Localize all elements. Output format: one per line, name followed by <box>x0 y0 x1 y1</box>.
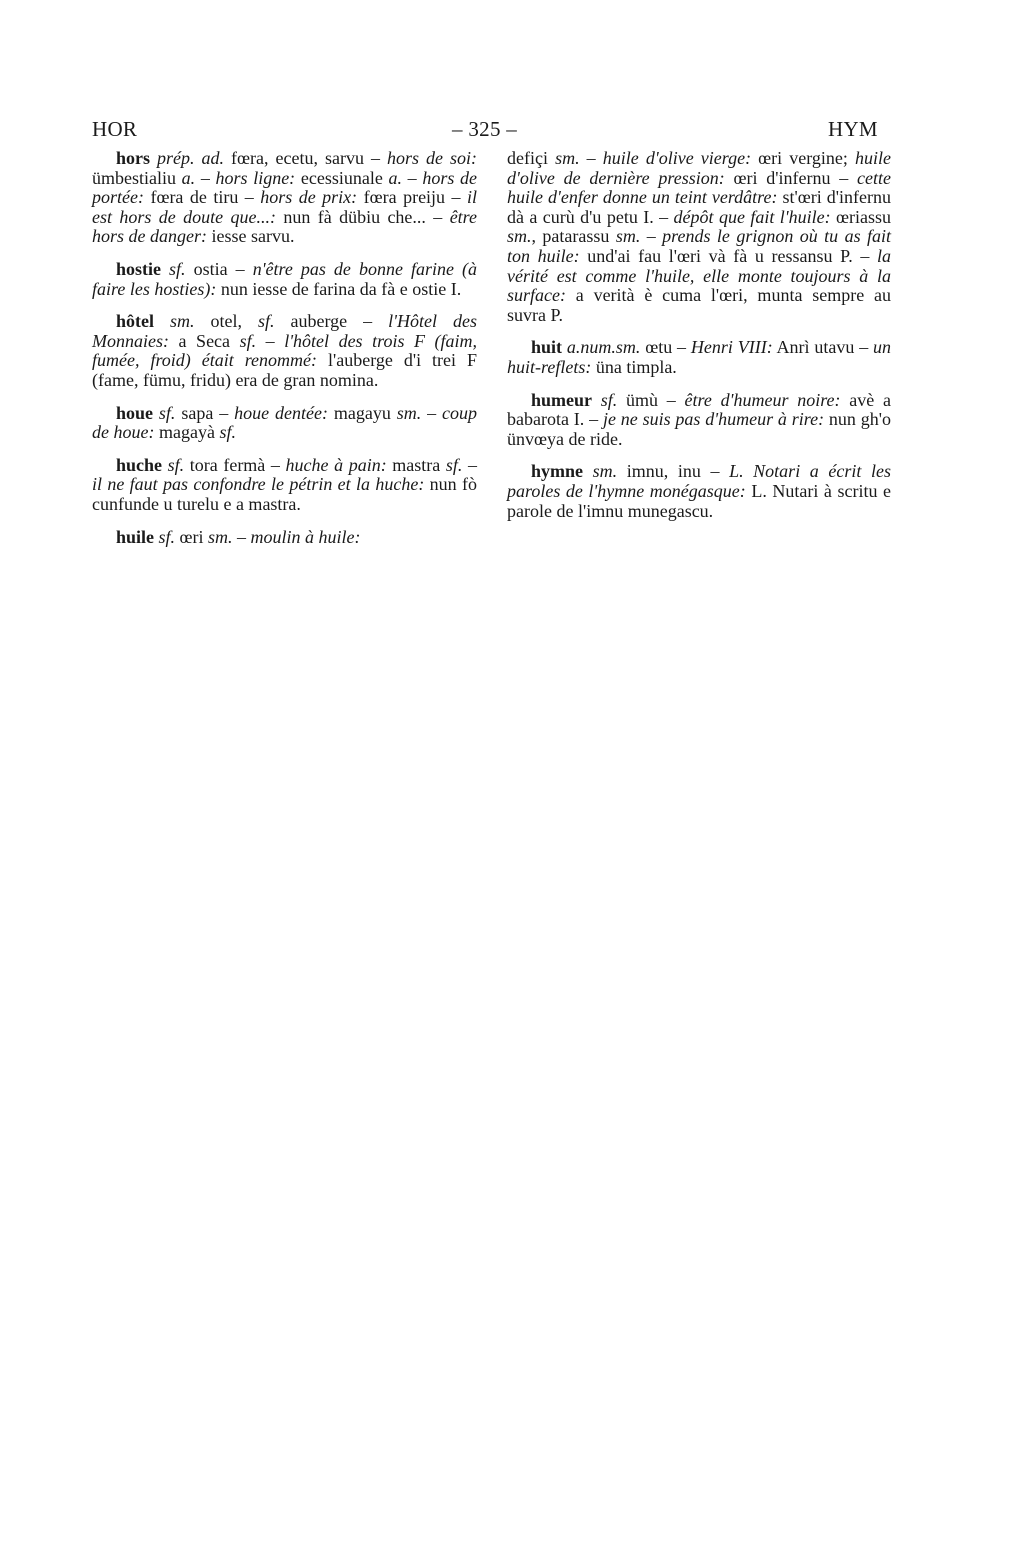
italic-segment: huile d'olive vierge: <box>603 148 751 168</box>
italic-segment: sm. <box>170 311 195 331</box>
italic-segment: sm. <box>397 403 422 423</box>
italic-segment: sm. <box>616 226 641 246</box>
text-segment: imnu, inu – <box>617 461 729 481</box>
text-segment: – <box>256 331 284 351</box>
text-segment: auberge – <box>275 311 389 331</box>
headword: humeur <box>531 390 592 410</box>
dictionary-entry: humeur sf. ümù – être d'humeur noire: av… <box>507 391 891 450</box>
headword: houe <box>116 403 153 423</box>
dictionary-entry: huile sf. œri sm. – moulin à huile: <box>92 528 477 548</box>
dictionary-entry: hymne sm. imnu, inu – L. Notari a écrit … <box>507 462 891 521</box>
text-segment: œtu – <box>640 337 691 357</box>
page-number: – 325 – <box>452 117 517 142</box>
italic-segment: sf. <box>159 403 176 423</box>
italic-segment: huche à pain: <box>286 455 387 475</box>
text-segment: œri d'infernu – <box>725 168 857 188</box>
italic-segment: être d'humeur noire: <box>685 390 841 410</box>
italic-segment: sf. <box>219 422 236 442</box>
text-segment: nun iesse de farina da fà e ostie I. <box>216 279 461 299</box>
text-segment: defiçi <box>507 148 555 168</box>
text-segment: œriassu <box>831 207 891 227</box>
text-segment: – <box>402 168 422 188</box>
italic-segment: houe dentée: <box>234 403 328 423</box>
text-segment: , patarassu <box>532 226 616 246</box>
headword: huile <box>116 527 154 547</box>
headword: hôtel <box>116 311 154 331</box>
headword: hymne <box>531 461 583 481</box>
headword: huche <box>116 455 162 475</box>
italic-segment: sf. <box>168 455 185 475</box>
text-segment: – <box>233 527 251 547</box>
italic-segment: moulin à huile: <box>251 527 361 547</box>
headword: hostie <box>116 259 161 279</box>
italic-segment: a. <box>389 168 403 188</box>
text-segment: magayu <box>328 403 397 423</box>
text-segment: ümù – <box>617 390 684 410</box>
italic-segment: sf. <box>240 331 257 351</box>
italic-segment: sf. <box>601 390 618 410</box>
italic-segment: il ne faut pas confondre le pétrin et la… <box>92 474 424 494</box>
dictionary-entry: houe sf. sapa – houe dentée: magayu sm. … <box>92 404 477 443</box>
italic-segment: sm. <box>593 461 618 481</box>
text-segment: œri <box>175 527 208 547</box>
italic-segment: Henri VIII: <box>691 337 773 357</box>
text-segment: a Seca <box>169 331 240 351</box>
italic-segment: a.num.sm. <box>567 337 641 357</box>
text-segment: üna timpla. <box>591 357 676 377</box>
italic-segment: prép. ad. <box>157 148 224 168</box>
text-segment: œri vergine; <box>751 148 855 168</box>
headword: huit <box>531 337 562 357</box>
headword: hors <box>116 148 150 168</box>
text-segment: – <box>195 168 215 188</box>
text-segment: ümbestialiu <box>92 168 182 188</box>
dictionary-entry: defiçi sm. – huile d'olive vierge: œri v… <box>507 149 891 325</box>
text-segment: tora fermà – <box>184 455 285 475</box>
dictionary-entry: hostie sf. ostia – n'être pas de bonne f… <box>92 260 477 299</box>
dictionary-entry: huit a.num.sm. œtu – Henri VIII: Anrì ut… <box>507 338 891 377</box>
text-segment: – <box>640 226 662 246</box>
text-segment: ecessiunale <box>295 168 388 188</box>
running-head-left: HOR <box>92 117 137 142</box>
text-segment: – <box>462 455 477 475</box>
dictionary-entry: hors prép. ad. fœra, ecetu, sarvu – hors… <box>92 149 477 247</box>
text-segment: otel, <box>195 311 259 331</box>
dictionary-entry: hôtel sm. otel, sf. auberge – l'Hôtel de… <box>92 312 477 390</box>
text-segment: fœra de tiru – <box>144 187 260 207</box>
text-segment: und'ai fau l'œri và fà u ressansu P. – <box>580 246 877 266</box>
left-column: hors prép. ad. fœra, ecetu, sarvu – hors… <box>92 149 477 560</box>
italic-segment: hors de soi: <box>387 148 477 168</box>
text-segment: iesse sarvu. <box>207 226 294 246</box>
italic-segment: sm. <box>507 226 532 246</box>
text-segment: magayà <box>154 422 219 442</box>
dictionary-entry: huche sf. tora fermà – huche à pain: mas… <box>92 456 477 515</box>
italic-segment: hors de prix: <box>260 187 357 207</box>
italic-segment: sm. <box>208 527 233 547</box>
italic-segment: sf. <box>159 527 176 547</box>
italic-segment: hors ligne: <box>216 168 296 188</box>
text-segment: – <box>421 403 442 423</box>
text-segment: mastra <box>387 455 446 475</box>
text-segment: fœra preiju – <box>357 187 467 207</box>
text-segment: fœra, ecetu, sarvu – <box>224 148 387 168</box>
italic-segment: sm. <box>555 148 580 168</box>
italic-segment: je ne suis pas d'humeur à rire: <box>603 409 824 429</box>
running-head-right: HYM <box>828 117 878 142</box>
text-segment: ostia – <box>186 259 253 279</box>
text-segment: nun fà dübiu che... – <box>276 207 450 227</box>
text-segment: – <box>580 148 603 168</box>
italic-segment: sf. <box>258 311 275 331</box>
right-column: defiçi sm. – huile d'olive vierge: œri v… <box>507 149 891 534</box>
text-segment: sapa – <box>175 403 234 423</box>
text-segment: Anrì utavu – <box>773 337 873 357</box>
italic-segment: a. <box>182 168 196 188</box>
italic-segment: sf. <box>446 455 463 475</box>
italic-segment: dépôt que fait l'huile: <box>674 207 831 227</box>
italic-segment: sf. <box>169 259 186 279</box>
